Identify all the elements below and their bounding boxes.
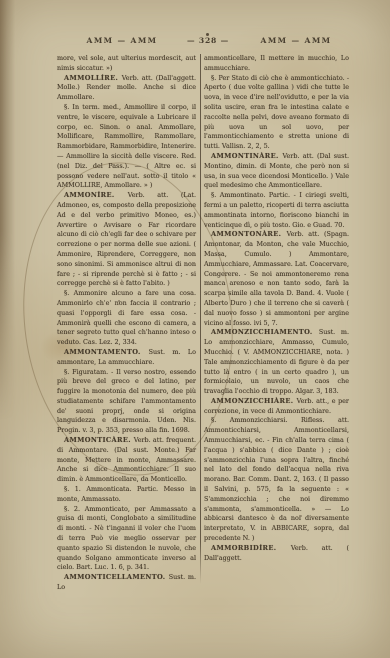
dictionary-entry: AMMOLLÍRE. Verb. att. (Dall'aggett. Moll… xyxy=(57,74,196,103)
dictionary-entry: AMMONTONÀRE. Verb. att. (Spagn. Amontona… xyxy=(204,230,349,328)
running-head-left: AMM — AMM xyxy=(87,36,158,45)
entry-headword: AMMONTONÀRE. xyxy=(211,230,287,238)
scanned-book-page: AMM — AMM — 328 — AMM — AMM more, vel so… xyxy=(0,0,390,658)
dictionary-entry: AMMONZICCHIAMENTO. Sust. m. Lo ammonzicc… xyxy=(204,328,349,397)
dictionary-entry: AMMORBIDÍRE. Verb. att. ( Dall'aggett. xyxy=(204,544,349,564)
dictionary-entry: AMMONTINÀRE. Verb. att. (Dal sust. Monti… xyxy=(204,152,349,191)
running-head-right: AMM — AMM xyxy=(261,36,332,45)
page-number: — 328 — xyxy=(187,36,229,45)
column-right: ammonticellare, Il mettere in mucchio, L… xyxy=(204,54,349,593)
entry-headword: AMMONTICÀRE. xyxy=(64,436,134,444)
page-header: AMM — AMM — 328 — AMM — AMM xyxy=(0,0,390,52)
column-rule xyxy=(200,54,201,584)
entry-paragraph: §. Ammontinato. Partic. - I ciriegi svel… xyxy=(204,191,349,230)
entry-headword: AMMONÍRE. xyxy=(64,191,128,199)
entry-headword: AMMORBIDÍRE. xyxy=(211,544,291,552)
column-left: more, vel sole, aut ulterius mordescit, … xyxy=(57,54,196,593)
entry-headword: AMMOLLÍRE. xyxy=(64,74,122,82)
entry-paragraph: §. Per Stato di ciò che è ammonticchiato… xyxy=(204,74,349,152)
entry-paragraph: §. Ammonire alcuno a fare una cosa. Ammo… xyxy=(57,289,196,348)
entry-paragraph: §. Figuratam. - Il verso nostro, essendo… xyxy=(57,368,196,437)
dictionary-entry: AMMONTAMENTO. Sust. m. Lo ammontare, La … xyxy=(57,348,196,368)
entry-paragraph: §. Ammonzicchiarsi. Rifless. att. Ammont… xyxy=(204,416,349,543)
entry-paragraph: §. In term. med., Ammollire il corpo, il… xyxy=(57,103,196,191)
entry-headword: AMMONTINÀRE. xyxy=(211,152,283,160)
text-columns: more, vel sole, aut ulterius mordescit, … xyxy=(0,52,390,593)
entry-paragraph: §. 2. Ammonticato, per Ammassato a guisa… xyxy=(57,505,196,574)
entry-headword: AMMONZICCHIÀRE. xyxy=(211,397,297,405)
entry-headword: AMMONZICCHIAMENTO. xyxy=(211,328,319,336)
entry-headword: AMMONTICELLAMENTO. xyxy=(64,573,169,581)
entry-paragraph: §. 1. Ammonticata. Partic. Messo in mont… xyxy=(57,485,196,505)
entry-paragraph: ammonticellare, Il mettere in mucchio, L… xyxy=(204,54,349,74)
dictionary-entry: AMMONTICÀRE. Verb. att. frequent. di Amm… xyxy=(57,436,196,485)
dictionary-entry: AMMONÍRE. Verb. att. (Lat. Admoneo, es, … xyxy=(57,191,196,289)
entry-headword: AMMONTAMENTO. xyxy=(64,348,149,356)
dictionary-entry: AMMONTICELLAMENTO. Sust. m. Lo xyxy=(57,573,196,593)
entry-paragraph: more, vel sole, aut ulterius mordescit, … xyxy=(57,54,196,74)
dictionary-entry: AMMONZICCHIÀRE. Verb. att., e per correz… xyxy=(204,397,349,417)
